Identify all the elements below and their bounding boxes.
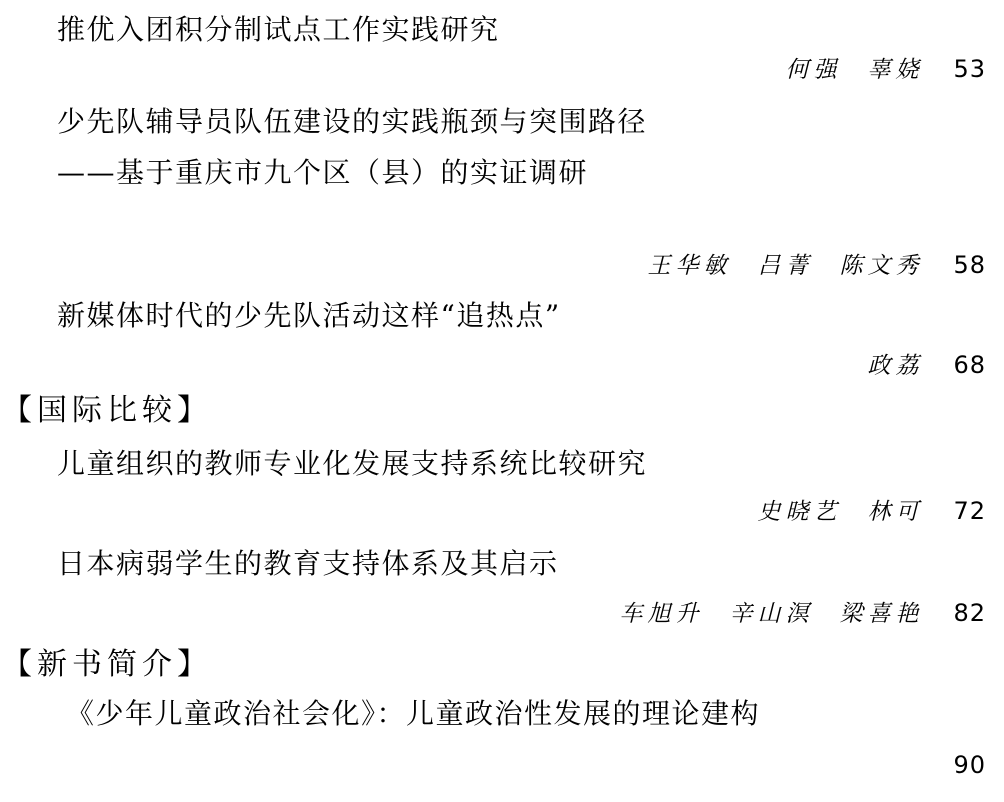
page-number: 58 bbox=[953, 252, 986, 280]
authors-line: 何强 辜娆 53 bbox=[0, 56, 1004, 84]
section-header: 【新书简介】 bbox=[0, 648, 1004, 683]
article-title: 少先队辅导员队伍建设的实践瓶颈与突围路径 bbox=[0, 106, 1004, 138]
author-name: 车旭升 bbox=[619, 601, 703, 627]
page-number: 72 bbox=[953, 498, 986, 526]
authors-line: 政荔 68 bbox=[0, 352, 1004, 380]
toc-page: 推优入团积分制试点工作实践研究 何强 辜娆 53 少先队辅导员队伍建设的实践瓶颈… bbox=[0, 0, 1004, 802]
author-name: 王华敏 bbox=[647, 253, 731, 279]
page-number: 82 bbox=[953, 600, 986, 628]
author-name: 梁喜艳 bbox=[839, 601, 923, 627]
article-title: 《少年儿童政治社会化》：儿童政治性发展的理论建构 bbox=[0, 698, 1004, 730]
author-name: 林可 bbox=[867, 499, 923, 525]
article-title: 日本病弱学生的教育支持体系及其启示 bbox=[0, 548, 1004, 580]
article-title: 新媒体时代的少先队活动这样“追热点” bbox=[0, 300, 1004, 332]
author-name: 辛山溟 bbox=[729, 601, 813, 627]
author-name: 何强 bbox=[785, 57, 841, 83]
authors-line: 王华敏 吕菁 陈文秀 58 bbox=[0, 252, 1004, 280]
article-title: 儿童组织的教师专业化发展支持系统比较研究 bbox=[0, 448, 1004, 480]
page-number: 68 bbox=[953, 352, 986, 380]
article-title: 推优入团积分制试点工作实践研究 bbox=[0, 14, 1004, 46]
authors-line: 史晓艺 林可 72 bbox=[0, 498, 1004, 526]
authors-line: 车旭升 辛山溟 梁喜艳 82 bbox=[0, 600, 1004, 628]
page-number: 53 bbox=[953, 56, 986, 84]
author-name: 陈文秀 bbox=[839, 253, 923, 279]
page-number: 90 bbox=[953, 752, 986, 780]
author-name: 辜娆 bbox=[867, 57, 923, 83]
article-subtitle: ——基于重庆市九个区（县）的实证调研 bbox=[0, 157, 1004, 189]
author-name: 吕菁 bbox=[757, 253, 813, 279]
section-header: 【国际比较】 bbox=[0, 394, 1004, 429]
author-name: 政荔 bbox=[867, 353, 923, 379]
authors-line: 90 bbox=[0, 752, 1004, 780]
author-name: 史晓艺 bbox=[757, 499, 841, 525]
